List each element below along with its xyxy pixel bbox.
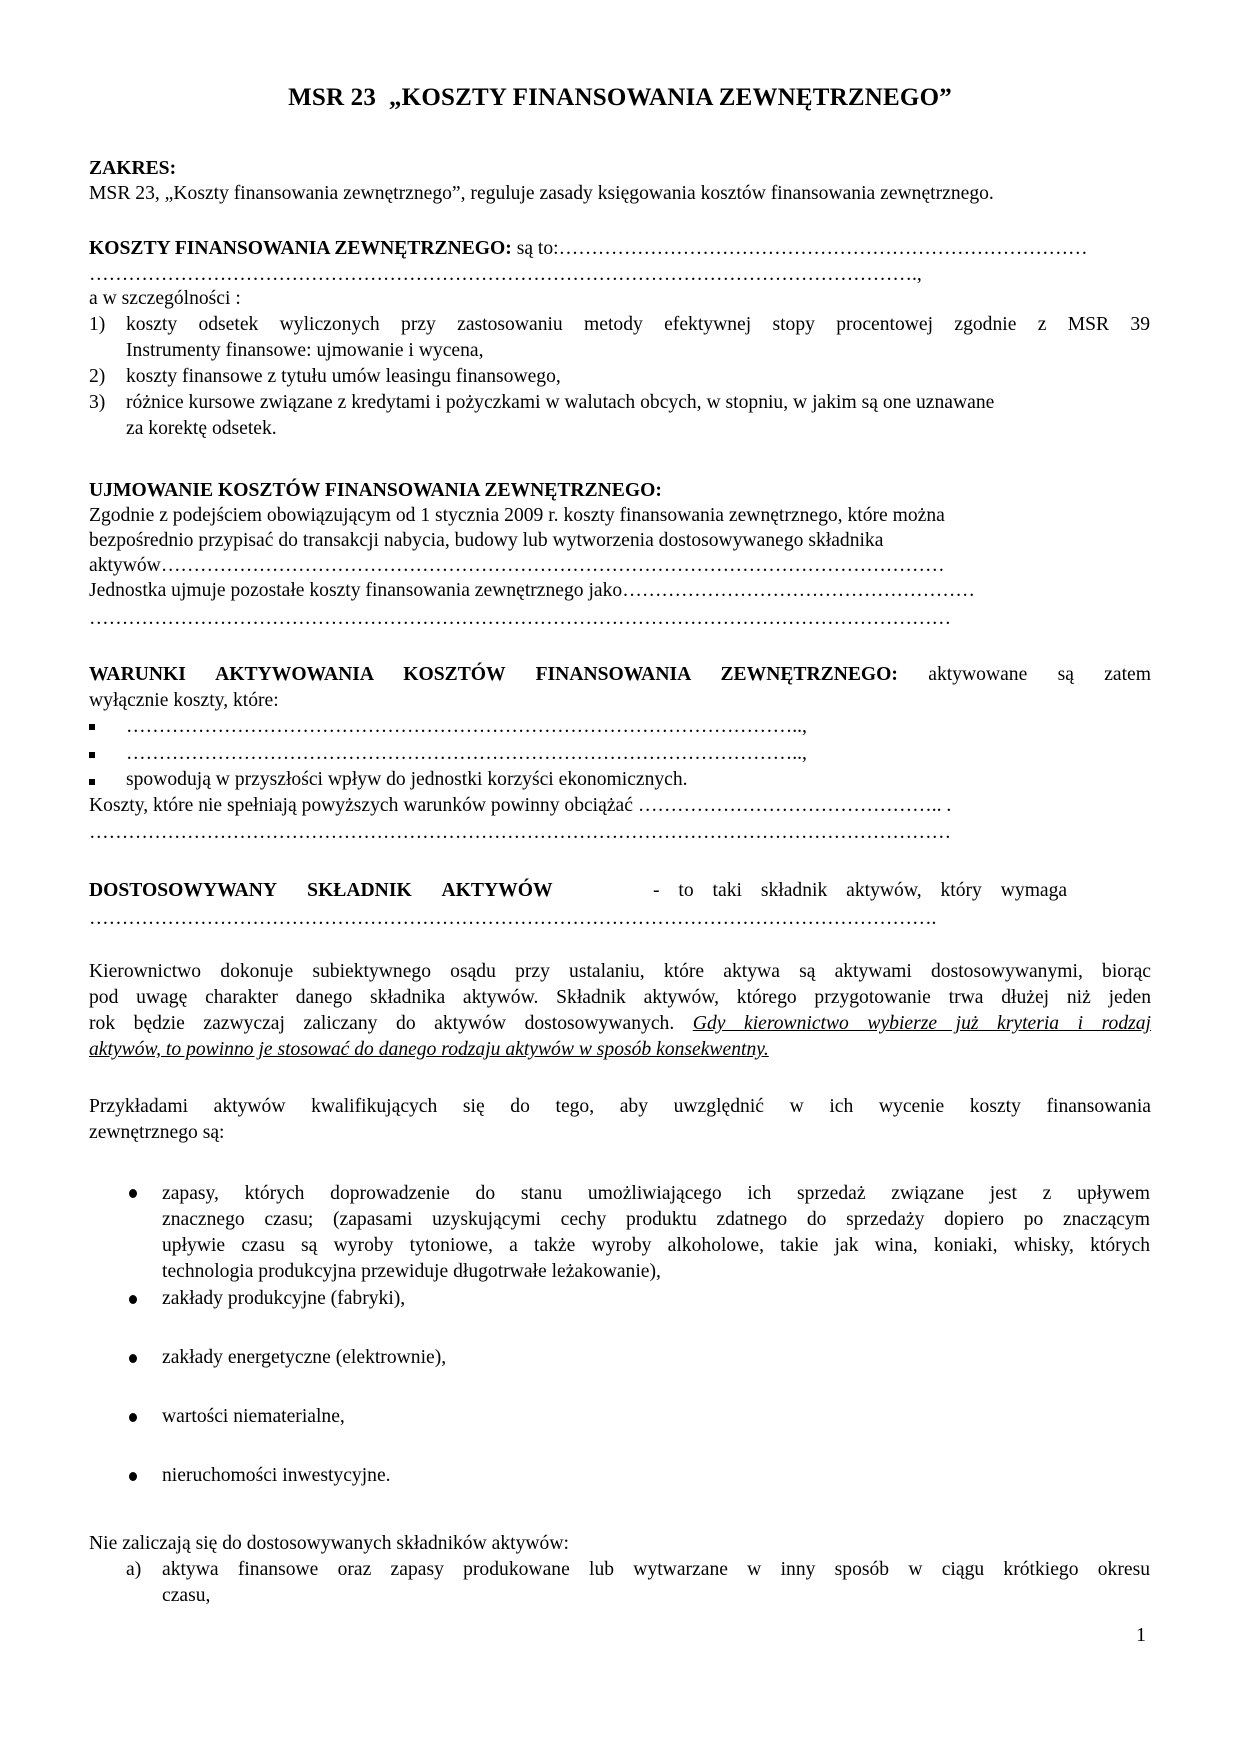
round-bullet-icon bbox=[129, 1354, 137, 1363]
koszty-intro: a w szczególności : bbox=[89, 285, 1151, 312]
nie-zaliczaja-item-a-line-2: czasu, bbox=[162, 1582, 1224, 1609]
warunki-bullet-2: ………………………………………………………………………………………….., bbox=[126, 740, 1188, 767]
dostosowywany-blank-line: …………………………………………………………………………………………………………… bbox=[89, 905, 1151, 932]
przyklady-item-4: wartości niematerialne, bbox=[162, 1403, 1224, 1430]
list-item-3-line1: różnice kursowe związane z kredytami i p… bbox=[126, 389, 1188, 416]
warunki-after-line-1: Koszty, które nie spełniają powyższych w… bbox=[89, 792, 1151, 819]
section-heading-zakres: ZAKRES: bbox=[89, 155, 1151, 182]
warunki-after-line-2: …………………………………………………………………………………………………………… bbox=[89, 819, 1151, 846]
page-number: 1 bbox=[1136, 1622, 1146, 1649]
ujmowanie-line-4: Jednostka ujmuje pozostałe koszty finans… bbox=[89, 577, 1151, 604]
page-title: MSR 23 „KOSZTY FINANSOWANIA ZEWNĘTRZNEGO… bbox=[0, 84, 1240, 112]
ujmowanie-line-5: …………………………………………………………………………………………………………… bbox=[89, 605, 1151, 632]
section-heading-dostosowywany: DOSTOSOWYWANY SKŁADNIK AKTYWÓW bbox=[89, 880, 553, 901]
square-bullet-icon bbox=[89, 779, 95, 785]
square-bullet-icon bbox=[89, 724, 95, 730]
przyklady-item-2: zakłady produkcyjne (fabryki), bbox=[162, 1285, 1224, 1312]
przyklady-item-1-line-3: upływie czasu są wyroby tytoniowe, a tak… bbox=[162, 1232, 1150, 1259]
round-bullet-icon bbox=[129, 1189, 137, 1198]
list-marker: a) bbox=[126, 1556, 141, 1583]
list-item-1-line2: Instrumenty finansowe: ujmowanie i wycen… bbox=[126, 337, 1188, 364]
dostosowywany-lead: - to taki składnik aktywów, który wymaga bbox=[653, 877, 1067, 904]
list-item-1-line1: koszty odsetek wyliczonych przy zastosow… bbox=[126, 311, 1150, 338]
kierownictwo-line-3-emphasis: Gdy kierownictwo wybierze już kryteria i… bbox=[693, 1013, 1151, 1034]
przyklady-item-5: nieruchomości inwestycyjne. bbox=[162, 1462, 1224, 1489]
square-bullet-icon bbox=[89, 752, 95, 758]
kierownictwo-line-2: pod uwagę charakter danego składnika akt… bbox=[89, 984, 1151, 1011]
koszty-lead: są to:……………………………………………………………………… bbox=[512, 238, 1088, 259]
ujmowanie-line-1: Zgodnie z podejściem obowiązującym od 1 … bbox=[89, 502, 1151, 529]
przyklady-item-1-line-1: zapasy, których doprowadzenie do stanu u… bbox=[162, 1180, 1150, 1207]
przyklady-item-3: zakłady energetyczne (elektrownie), bbox=[162, 1344, 1224, 1371]
dostosowywany-heading-line: DOSTOSOWYWANY SKŁADNIK AKTYWÓW - to taki… bbox=[89, 877, 1151, 904]
kierownictwo-line-1: Kierownictwo dokonuje subiektywnego osąd… bbox=[89, 958, 1151, 985]
przyklady-item-1-line-4: technologia produkcyjna przewiduje długo… bbox=[162, 1258, 1224, 1285]
ujmowanie-line-2: bezpośrednio przypisać do transakcji nab… bbox=[89, 527, 1151, 554]
kierownictwo-line-4-emphasis: aktywów, to powinno je stosować do daneg… bbox=[89, 1036, 1151, 1063]
kierownictwo-line-3: rok będzie zazwyczaj zaliczany do aktywó… bbox=[89, 1010, 1151, 1037]
warunki-lead: aktywowane są zatem bbox=[898, 664, 1151, 685]
koszty-blank-line: …………………………………………………………………………………………………………… bbox=[89, 261, 1151, 288]
list-marker: 3) bbox=[89, 389, 105, 416]
ujmowanie-line-3: aktywów………………………………………………………………………………………… bbox=[89, 552, 1151, 579]
document-page: MSR 23 „KOSZTY FINANSOWANIA ZEWNĘTRZNEGO… bbox=[0, 0, 1240, 1754]
przyklady-item-1-line-2: znacznego czasu; (zapasami uzyskującymi … bbox=[162, 1206, 1150, 1233]
koszty-definition-line: KOSZTY FINANSOWANIA ZEWNĘTRZNEGO: są to:… bbox=[89, 235, 1151, 262]
list-item-2-line1: koszty finansowe z tytułu umów leasingu … bbox=[126, 363, 1188, 390]
kierownictwo-line-3-plain: rok będzie zazwyczaj zaliczany do aktywó… bbox=[89, 1013, 693, 1034]
round-bullet-icon bbox=[129, 1413, 137, 1422]
list-marker: 1) bbox=[89, 311, 105, 338]
nie-zaliczaja-item-a-line-1: aktywa finansowe oraz zapasy produkowane… bbox=[162, 1556, 1150, 1583]
list-marker: 2) bbox=[89, 363, 105, 390]
zakres-text: MSR 23, „Koszty finansowania zewnętrzneg… bbox=[89, 180, 1151, 207]
warunki-line-2: wyłącznie koszty, które: bbox=[89, 687, 1151, 714]
warunki-heading-line: WARUNKI AKTYWOWANIA KOSZTÓW FINANSOWANIA… bbox=[89, 661, 1151, 688]
przyklady-line-1: Przykładami aktywów kwalifikujących się … bbox=[89, 1093, 1151, 1120]
section-heading-ujmowanie: UJMOWANIE KOSZTÓW FINANSOWANIA ZEWNĘTRZN… bbox=[89, 477, 1151, 504]
warunki-bullet-1: ………………………………………………………………………………………….., bbox=[126, 713, 1188, 740]
przyklady-line-2: zewnętrznego są: bbox=[89, 1119, 1151, 1146]
section-heading-koszty: KOSZTY FINANSOWANIA ZEWNĘTRZNEGO: bbox=[89, 238, 512, 259]
list-item-3-line2: za korektę odsetek. bbox=[126, 415, 1188, 442]
round-bullet-icon bbox=[129, 1472, 137, 1481]
round-bullet-icon bbox=[129, 1295, 137, 1304]
warunki-bullet-3: spowodują w przyszłości wpływ do jednost… bbox=[126, 766, 1188, 793]
section-heading-warunki: WARUNKI AKTYWOWANIA KOSZTÓW FINANSOWANIA… bbox=[89, 664, 898, 685]
nie-zaliczaja-intro: Nie zaliczają się do dostosowywanych skł… bbox=[89, 1530, 1151, 1557]
